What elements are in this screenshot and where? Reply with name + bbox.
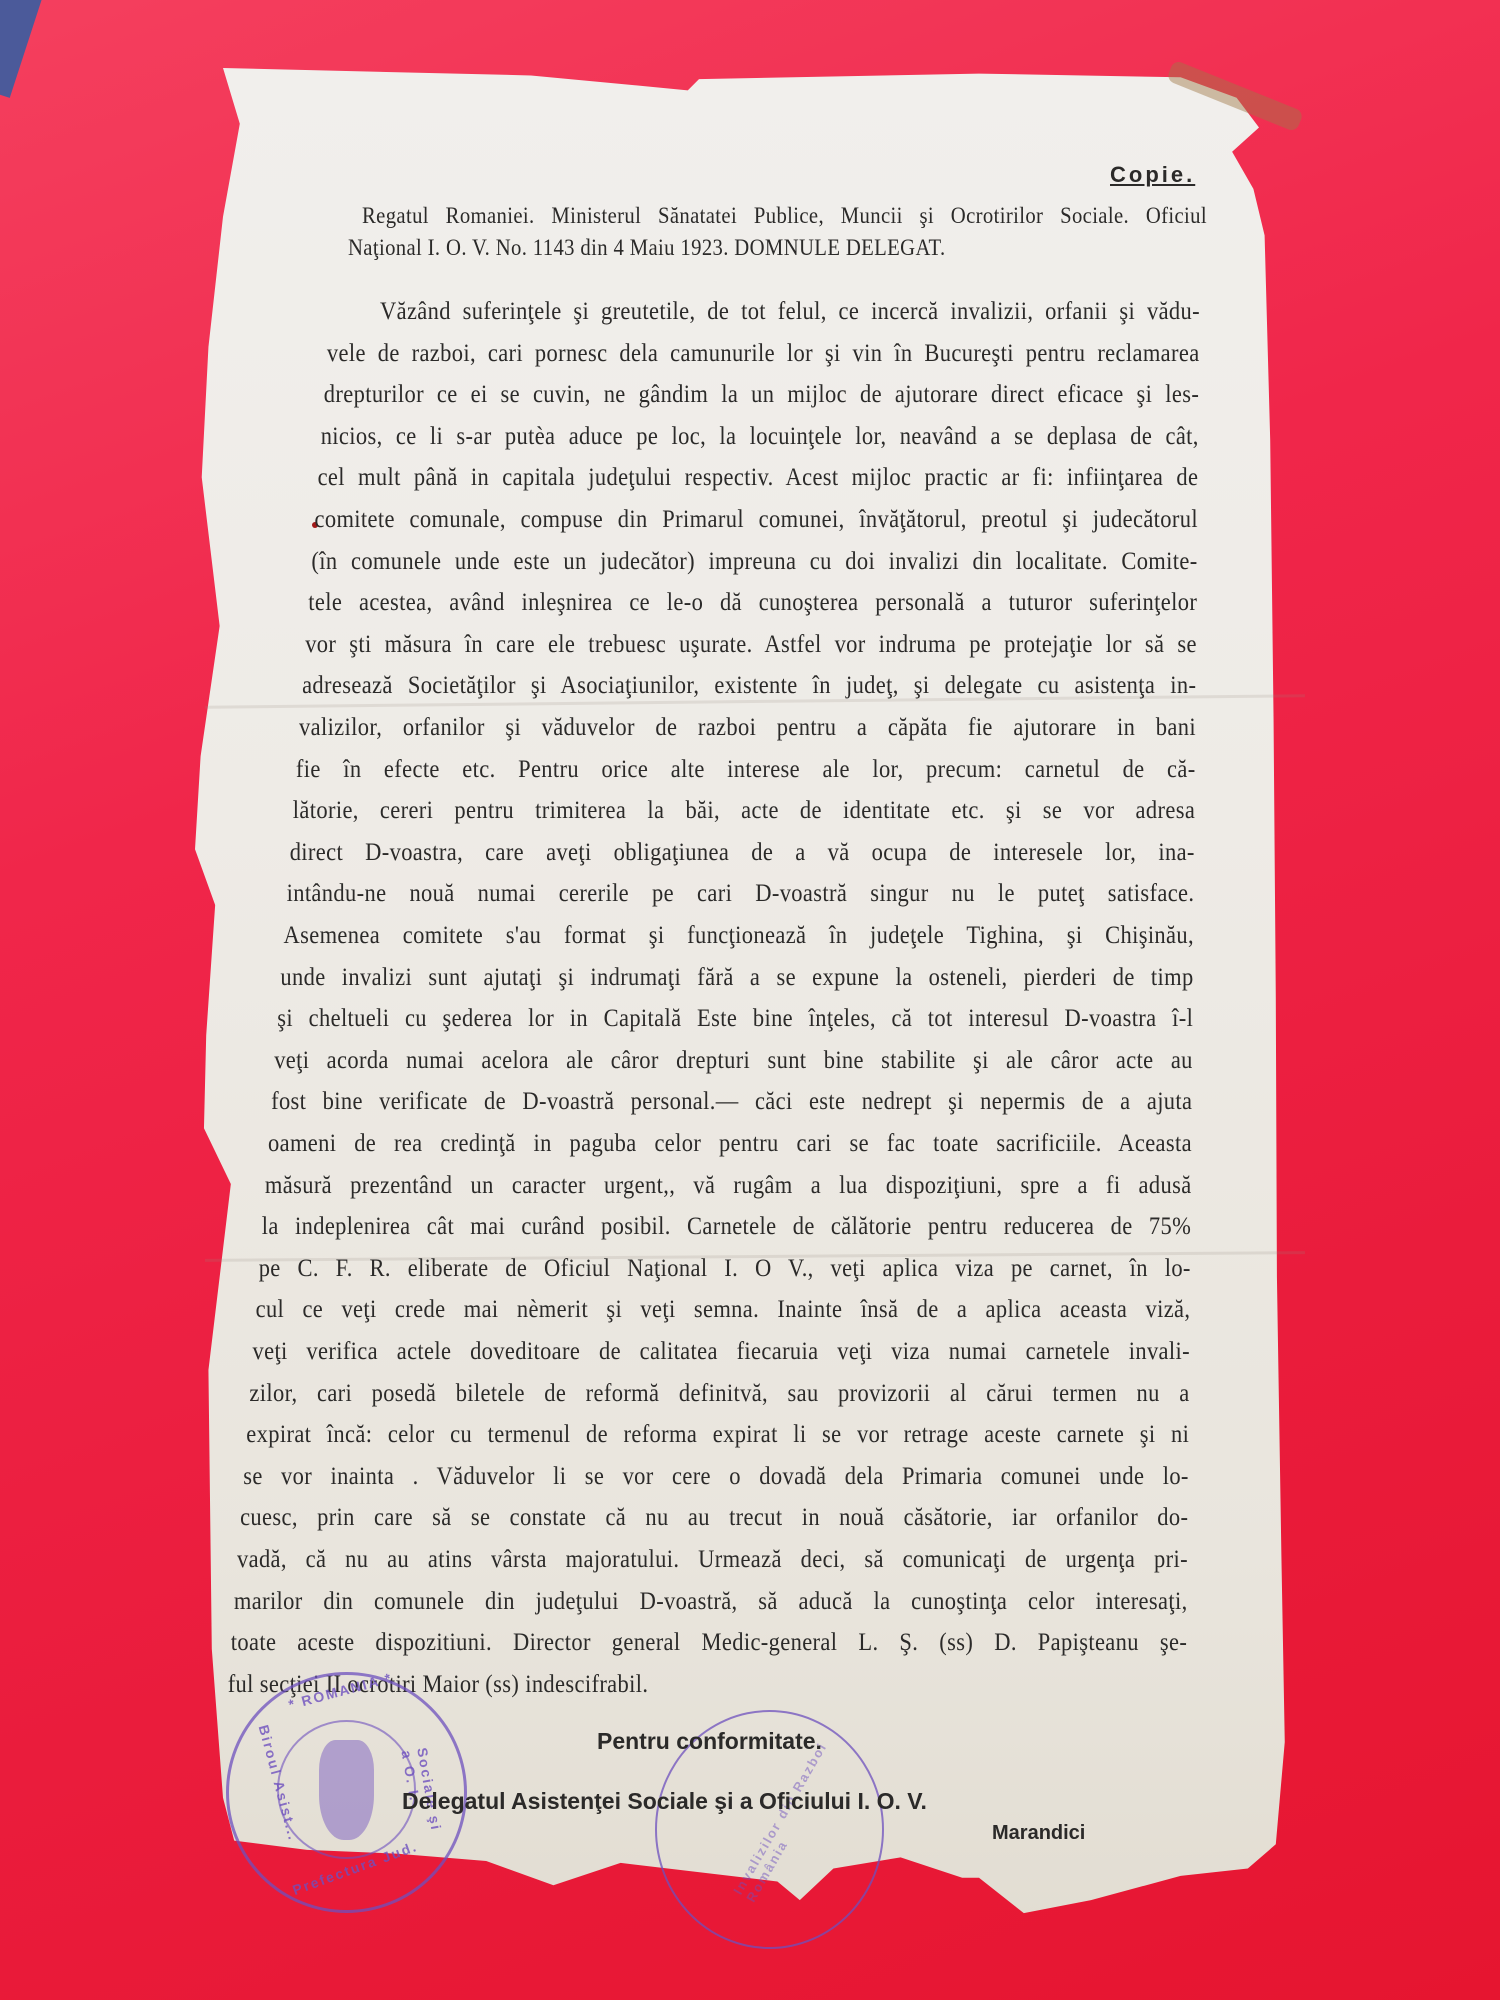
body-line: veţi acorda numai acelora ale câror drep… — [274, 1047, 1193, 1075]
copy-label: Copie. — [1110, 162, 1195, 188]
body-line: cul ce veţi crede mai nèmerit şi veţi se… — [256, 1296, 1191, 1324]
stamp-text: Invalizilor din Razboi România — [730, 1729, 848, 1904]
delegate-title: Delegatul Asistenţei Sociale şi a Oficiu… — [402, 1788, 927, 1815]
body-line: expirat încă: celor cu termenul de refor… — [246, 1421, 1189, 1449]
body-line: drepturilor ce ei se cuvin, ne gândim la… — [324, 381, 1199, 409]
body-line: comitete comunale, compuse din Primarul … — [314, 506, 1197, 534]
body-line: măsură prezentând un caracter urgent,, v… — [265, 1172, 1192, 1200]
body-line: Văzând suferinţele şi greutetile, de tot… — [380, 298, 1200, 326]
body-line: toate aceste dispozitiuni. Director gene… — [231, 1629, 1187, 1657]
body-line: vadă, că nu au atins vârsta majoratului.… — [237, 1546, 1188, 1574]
body-line: marilor din comunele din judeţului D-voa… — [234, 1588, 1188, 1616]
header-line: Naţional I. O. V. No. 1143 din 4 Maiu 19… — [348, 235, 946, 261]
body-line: intându-ne nouă numai cererile pe cari D… — [287, 880, 1195, 908]
body-line: vele de razboi, cari pornesc dela camunu… — [327, 340, 1200, 368]
body-line: direct D-voastra, care aveţi obligaţiune… — [290, 839, 1195, 867]
body-line: zilor, cari posedă biletele de reformă d… — [249, 1380, 1189, 1408]
body-line: lătorie, cereri pentru trimiterea la băi… — [293, 797, 1195, 825]
body-line: tele acestea, având inleşnirea ce le-o d… — [308, 589, 1197, 617]
body-line: unde invalizi sunt ajutaţi şi indrumaţi … — [280, 964, 1193, 992]
body-line: cuesc, prin care să se constate că nu au… — [240, 1504, 1188, 1532]
body-line: cel mult până in capitala judeţului resp… — [318, 464, 1199, 492]
body-line: se vor inainta . Văduvelor li se vor cer… — [243, 1463, 1189, 1491]
body-line: valizilor, orfanilor şi văduvelor de raz… — [299, 714, 1196, 742]
body-line: nicios, ce li s-ar putèa aduce pe loc, l… — [321, 423, 1199, 451]
body-line: fost bine verificate de D-voastră person… — [271, 1088, 1192, 1116]
header-line: Regatul Romaniei. Ministerul Sănatatei P… — [362, 203, 1207, 229]
body-line: Asemenea comitete s'au format şi funcţio… — [284, 922, 1194, 950]
background-cloth-corner — [0, 0, 47, 98]
body-line: pe C. F. R. eliberate de Oficiul Naţiona… — [259, 1255, 1191, 1283]
signature-name: Marandici — [992, 1822, 1085, 1845]
body-line: vor şti măsura în care ele trebuesc uşur… — [305, 631, 1197, 659]
body-line: adresează Societăţilor şi Asociaţiunilor… — [302, 672, 1196, 700]
body-line: veţi verifica actele doveditoare de cali… — [252, 1338, 1189, 1366]
body-line: (în comunele unde este un judecător) imp… — [311, 548, 1197, 576]
body-line: fie în efecte etc. Pentru orice alte int… — [296, 756, 1196, 784]
body-line: la indeplenirea cât mai curând posibil. … — [262, 1213, 1191, 1241]
conformity-heading: Pentru conformitate. — [597, 1728, 822, 1755]
body-line: oameni de rea credinţă in paguba celor p… — [268, 1130, 1192, 1158]
coat-of-arms-icon — [319, 1740, 374, 1840]
body-line: şi cheltueli cu şederea lor in Capitală … — [277, 1005, 1193, 1033]
